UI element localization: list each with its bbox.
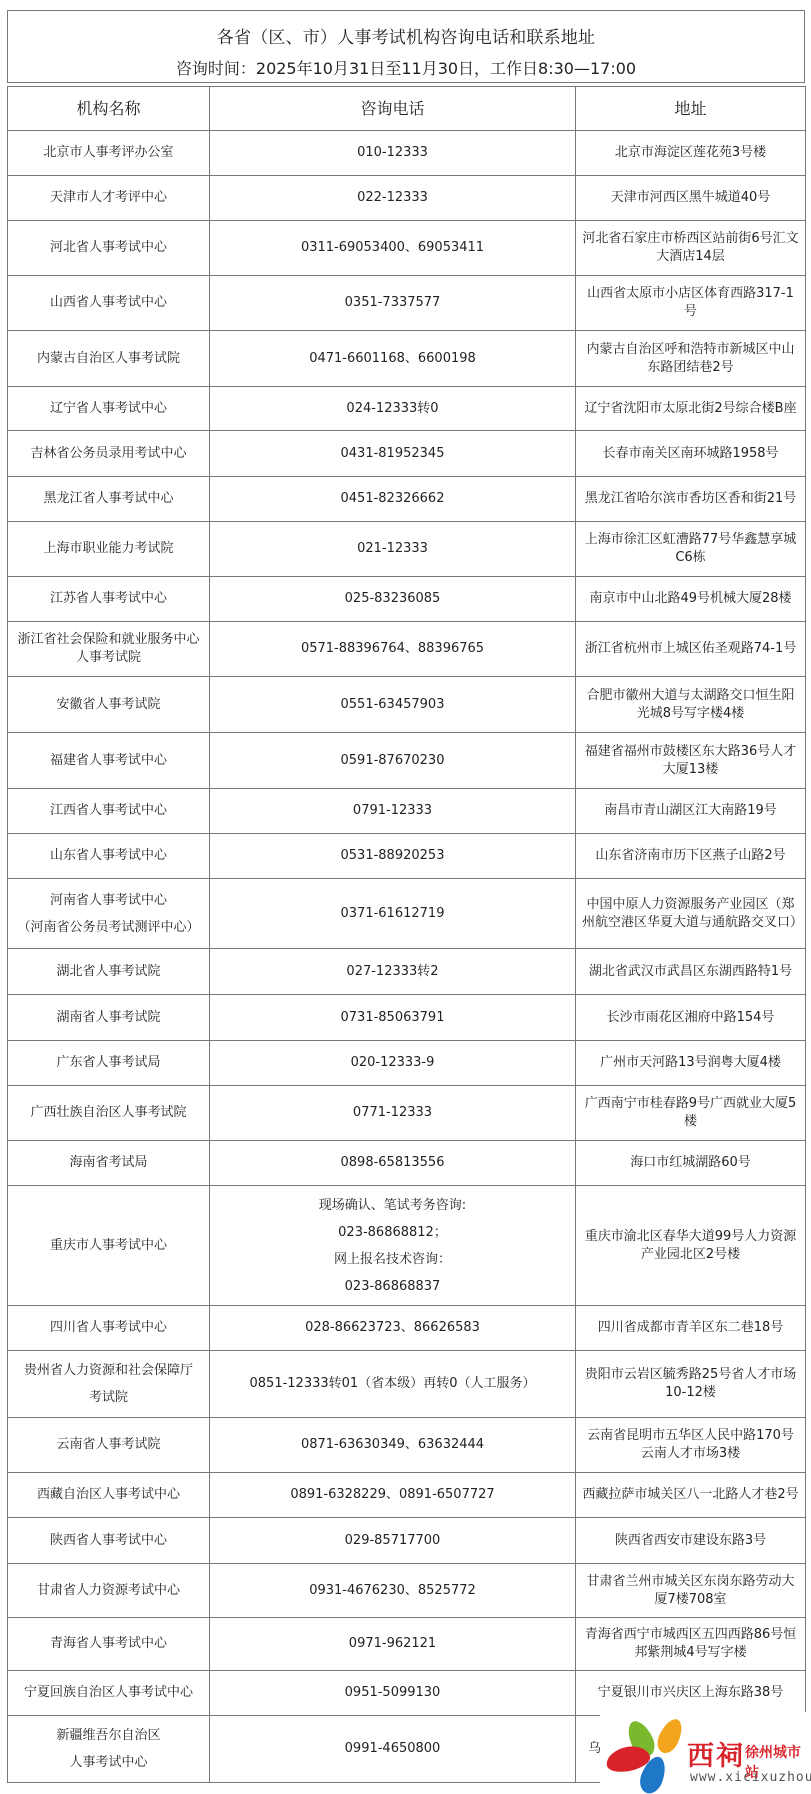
phone-number[interactable]: 0431-81952345 bbox=[216, 445, 569, 463]
address-cell: 广州市天河路13号润粤大厦4楼 bbox=[575, 1040, 806, 1085]
institution-name: 陕西省人事考试中心 bbox=[14, 1532, 203, 1550]
address: 青海省西宁市城西区五四西路86号恒邦紫荆城4号写字楼 bbox=[585, 1627, 797, 1660]
phone-cell: 0991-4650800 bbox=[209, 1715, 575, 1783]
phone-cell: 020-12333-9 bbox=[209, 1040, 575, 1085]
institution-name: 人事考试中心 bbox=[14, 1749, 203, 1776]
address-cell: 浙江省杭州市上城区佑圣观路74-1号 bbox=[575, 621, 806, 676]
institution-name-cell: 内蒙古自治区人事考试院 bbox=[7, 330, 209, 386]
institution-name: 广西壮族自治区人事考试院 bbox=[14, 1104, 203, 1122]
phone-number[interactable]: 0471-6601168、6600198 bbox=[216, 350, 569, 368]
phone-cell: 0451-82326662 bbox=[209, 476, 575, 521]
phone-cell: 0971-962121 bbox=[209, 1617, 575, 1670]
table-row: 西藏自治区人事考试中心0891-6328229、0891-6507727西藏拉萨… bbox=[7, 1472, 806, 1517]
contacts-table: 机构名称 咨询电话 地址 北京市人事考评办公室010-12333北京市海淀区莲花… bbox=[7, 86, 806, 1783]
institution-name-cell: 北京市人事考评办公室 bbox=[7, 130, 209, 175]
address-cell: 中国中原人力资源服务产业园区（郑州航空港区华夏大道与通航路交叉口） bbox=[575, 878, 806, 948]
institution-name-cell: 河北省人事考试中心 bbox=[7, 220, 209, 275]
address-cell: 黑龙江省哈尔滨市香坊区香和街21号 bbox=[575, 476, 806, 521]
table-row: 青海省人事考试中心0971-962121青海省西宁市城西区五四西路86号恒邦紫荆… bbox=[7, 1617, 806, 1670]
address-cell: 南京市中山北路49号机械大厦28楼 bbox=[575, 576, 806, 621]
address-cell: 长沙市雨花区湘府中路154号 bbox=[575, 994, 806, 1040]
institution-name-cell: 江西省人事考试中心 bbox=[7, 788, 209, 833]
table-row: 辽宁省人事考试中心024-12333转0辽宁省沈阳市太原北街2号综合楼B座 bbox=[7, 386, 806, 430]
institution-name: 山西省人事考试中心 bbox=[14, 294, 203, 312]
institution-name: 湖南省人事考试院 bbox=[14, 1009, 203, 1027]
table-row: 江苏省人事考试中心025-83236085南京市中山北路49号机械大厦28楼 bbox=[7, 576, 806, 621]
phone-number[interactable]: 021-12333 bbox=[216, 540, 569, 558]
column-header-name: 机构名称 bbox=[7, 86, 209, 130]
institution-name: 天津市人才考评中心 bbox=[14, 189, 203, 207]
institution-name: 山东省人事考试中心 bbox=[14, 847, 203, 865]
address-cell: 天津市河西区黑牛城道40号 bbox=[575, 175, 806, 220]
address: 海口市红城湖路60号 bbox=[630, 1155, 751, 1170]
address-cell: 山西省太原市小店区体育西路317-1号 bbox=[575, 275, 806, 330]
address-cell: 山东省济南市历下区燕子山路2号 bbox=[575, 833, 806, 878]
institution-name-cell: 辽宁省人事考试中心 bbox=[7, 386, 209, 430]
phone-number[interactable]: 0371-61612719 bbox=[216, 905, 569, 923]
watermark-logo: 西祠 徐州城市站 www.xicixuzhou.cn bbox=[600, 1712, 811, 1794]
institution-name: 吉林省公务员录用考试中心 bbox=[14, 445, 203, 463]
phone-number[interactable]: 0311-69053400、69053411 bbox=[216, 239, 569, 257]
address-cell: 广西南宁市桂春路9号广西就业大厦5楼 bbox=[575, 1085, 806, 1140]
table-row: 四川省人事考试中心028-86623723、86626583四川省成都市青羊区东… bbox=[7, 1305, 806, 1350]
table-row: 北京市人事考评办公室010-12333北京市海淀区莲花苑3号楼 bbox=[7, 130, 806, 175]
institution-name-cell: 西藏自治区人事考试中心 bbox=[7, 1472, 209, 1517]
address-cell: 北京市海淀区莲花苑3号楼 bbox=[575, 130, 806, 175]
phone-cell: 021-12333 bbox=[209, 521, 575, 576]
phone-cell: 0371-61612719 bbox=[209, 878, 575, 948]
institution-name-cell: 广东省人事考试局 bbox=[7, 1040, 209, 1085]
phone-number[interactable]: 029-85717700 bbox=[216, 1532, 569, 1550]
table-row: 山西省人事考试中心0351-7337577山西省太原市小店区体育西路317-1号 bbox=[7, 275, 806, 330]
phone-cell: 0871-63630349、63632444 bbox=[209, 1417, 575, 1472]
address: 重庆市渝北区春华大道99号人力资源产业园北区2号楼 bbox=[585, 1229, 797, 1262]
institution-name-cell: 福建省人事考试中心 bbox=[7, 732, 209, 788]
institution-name: 新疆维吾尔自治区 bbox=[14, 1722, 203, 1749]
address: 上海市徐汇区虹漕路77号华鑫慧享城C6栋 bbox=[585, 532, 797, 565]
phone-number[interactable]: 0971-962121 bbox=[216, 1635, 569, 1653]
institution-name: 上海市职业能力考试院 bbox=[14, 540, 203, 558]
institution-name-cell: 青海省人事考试中心 bbox=[7, 1617, 209, 1670]
phone-cell: 0891-6328229、0891-6507727 bbox=[209, 1472, 575, 1517]
institution-name-cell: 天津市人才考评中心 bbox=[7, 175, 209, 220]
phone-cell: 现场确认、笔试考务咨询:023-86868812；网上报名技术咨询：023-86… bbox=[209, 1185, 575, 1305]
table-row: 海南省考试局0898-65813556海口市红城湖路60号 bbox=[7, 1140, 806, 1185]
address: 山西省太原市小店区体育西路317-1号 bbox=[587, 286, 794, 319]
phone-cell: 0771-12333 bbox=[209, 1085, 575, 1140]
institution-name: 云南省人事考试院 bbox=[14, 1436, 203, 1454]
phone-number[interactable]: 025-83236085 bbox=[216, 590, 569, 608]
table-row: 上海市职业能力考试院021-12333上海市徐汇区虹漕路77号华鑫慧享城C6栋 bbox=[7, 521, 806, 576]
institution-name-cell: 黑龙江省人事考试中心 bbox=[7, 476, 209, 521]
phone-cell: 027-12333转2 bbox=[209, 948, 575, 994]
institution-name: 人事考试院 bbox=[14, 649, 203, 667]
institution-name: 福建省人事考试中心 bbox=[14, 752, 203, 770]
address-cell: 重庆市渝北区春华大道99号人力资源产业园北区2号楼 bbox=[575, 1185, 806, 1305]
phone-number[interactable]: 0931-4676230、8525772 bbox=[216, 1582, 569, 1600]
phone-number[interactable]: 0571-88396764、88396765 bbox=[216, 640, 569, 658]
address: 合肥市徽州大道与太湖路交口恒生阳光城8号写字楼4楼 bbox=[586, 688, 794, 721]
address: 南京市中山北路49号机械大厦28楼 bbox=[589, 591, 791, 606]
address: 贵阳市云岩区毓秀路25号省人才市场10-12楼 bbox=[585, 1367, 797, 1400]
phone-number[interactable]: 023-86868837 bbox=[216, 1273, 569, 1300]
phone-number[interactable]: 022-12333 bbox=[216, 189, 569, 207]
phone-number[interactable]: 010-12333 bbox=[216, 144, 569, 162]
address-cell: 长春市南关区南环城路1958号 bbox=[575, 430, 806, 476]
phone-cell: 0351-7337577 bbox=[209, 275, 575, 330]
phone-number[interactable]: 0591-87670230 bbox=[216, 752, 569, 770]
address-cell: 甘肃省兰州市城关区东岗东路劳动大厦7楼708室 bbox=[575, 1563, 806, 1617]
address-cell: 贵阳市云岩区毓秀路25号省人才市场10-12楼 bbox=[575, 1350, 806, 1417]
institution-name: 安徽省人事考试院 bbox=[14, 696, 203, 714]
address-cell: 西藏拉萨市城关区八一北路人才巷2号 bbox=[575, 1472, 806, 1517]
watermark-brand: 西祠 bbox=[687, 1734, 745, 1773]
phone-number[interactable]: 0891-6328229、0891-6507727 bbox=[216, 1486, 569, 1504]
phone-cell: 024-12333转0 bbox=[209, 386, 575, 430]
phone-number[interactable]: 0851-12333转01（省本级）再转0（人工服务） bbox=[216, 1375, 569, 1393]
phone-cell: 010-12333 bbox=[209, 130, 575, 175]
table-row: 云南省人事考试院0871-63630349、63632444云南省昆明市五华区人… bbox=[7, 1417, 806, 1472]
address: 山东省济南市历下区燕子山路2号 bbox=[595, 848, 785, 863]
institution-name-cell: 四川省人事考试中心 bbox=[7, 1305, 209, 1350]
table-row: 浙江省社会保险和就业服务中心人事考试院0571-88396764、8839676… bbox=[7, 621, 806, 676]
institution-name-cell: 湖南省人事考试院 bbox=[7, 994, 209, 1040]
institution-name: 贵州省人力资源和社会保障厅 bbox=[14, 1357, 203, 1384]
institution-name: 考试院 bbox=[14, 1384, 203, 1411]
institution-name: 重庆市人事考试中心 bbox=[14, 1237, 203, 1255]
phone-number[interactable]: 027-12333转2 bbox=[216, 963, 569, 981]
institution-name-cell: 上海市职业能力考试院 bbox=[7, 521, 209, 576]
institution-name-cell: 湖北省人事考试院 bbox=[7, 948, 209, 994]
phone-cell: 0951-5099130 bbox=[209, 1670, 575, 1715]
table-row: 内蒙古自治区人事考试院0471-6601168、6600198内蒙古自治区呼和浩… bbox=[7, 330, 806, 386]
address-cell: 南昌市青山湖区江大南路19号 bbox=[575, 788, 806, 833]
institution-name-cell: 贵州省人力资源和社会保障厅考试院 bbox=[7, 1350, 209, 1417]
phone-cell: 0731-85063791 bbox=[209, 994, 575, 1040]
table-row: 宁夏回族自治区人事考试中心0951-5099130宁夏银川市兴庆区上海东路38号 bbox=[7, 1670, 806, 1715]
phone-number[interactable]: 0451-82326662 bbox=[216, 490, 569, 508]
table-row: 江西省人事考试中心0791-12333南昌市青山湖区江大南路19号 bbox=[7, 788, 806, 833]
address: 西藏拉萨市城关区八一北路人才巷2号 bbox=[582, 1487, 798, 1502]
address: 河北省石家庄市桥西区站前街6号汇文大酒店14层 bbox=[582, 231, 798, 264]
institution-name: （河南省公务员考试测评中心） bbox=[14, 914, 203, 941]
column-header-phone: 咨询电话 bbox=[209, 86, 575, 130]
address-cell: 青海省西宁市城西区五四西路86号恒邦紫荆城4号写字楼 bbox=[575, 1617, 806, 1670]
address: 长春市南关区南环城路1958号 bbox=[602, 446, 778, 461]
phone-number[interactable]: 0351-7337577 bbox=[216, 294, 569, 312]
institution-name: 青海省人事考试中心 bbox=[14, 1635, 203, 1653]
institution-name: 西藏自治区人事考试中心 bbox=[14, 1486, 203, 1504]
phone-cell: 025-83236085 bbox=[209, 576, 575, 621]
phone-number[interactable]: 0871-63630349、63632444 bbox=[216, 1436, 569, 1454]
institution-name: 四川省人事考试中心 bbox=[14, 1319, 203, 1337]
phone-cell: 0931-4676230、8525772 bbox=[209, 1563, 575, 1617]
institution-name-cell: 广西壮族自治区人事考试院 bbox=[7, 1085, 209, 1140]
phone-number[interactable]: 0731-85063791 bbox=[216, 1009, 569, 1027]
institution-name-cell: 宁夏回族自治区人事考试中心 bbox=[7, 1670, 209, 1715]
address: 广西南宁市桂春路9号广西就业大厦5楼 bbox=[585, 1096, 797, 1129]
address-cell: 河北省石家庄市桥西区站前街6号汇文大酒店14层 bbox=[575, 220, 806, 275]
phone-number[interactable]: 现场确认、笔试考务咨询: bbox=[216, 1192, 569, 1219]
address: 北京市海淀区莲花苑3号楼 bbox=[615, 145, 766, 160]
watermark-url: www.xicixuzhou.cn bbox=[690, 1770, 811, 1785]
table-row: 陕西省人事考试中心029-85717700陕西省西安市建设东路3号 bbox=[7, 1517, 806, 1563]
institution-name: 河南省人事考试中心 bbox=[14, 887, 203, 914]
address: 辽宁省沈阳市太原北街2号综合楼B座 bbox=[584, 401, 796, 416]
institution-name: 内蒙古自治区人事考试院 bbox=[14, 350, 203, 368]
institution-name: 河北省人事考试中心 bbox=[14, 239, 203, 257]
institution-name: 甘肃省人力资源考试中心 bbox=[14, 1582, 203, 1600]
address: 中国中原人力资源服务产业园区（郑州航空港区华夏大道与通航路交叉口） bbox=[582, 897, 803, 930]
institution-name: 湖北省人事考试院 bbox=[14, 963, 203, 981]
address: 内蒙古自治区呼和浩特市新城区中山东路团结巷2号 bbox=[586, 342, 794, 375]
address-cell: 合肥市徽州大道与太湖路交口恒生阳光城8号写字楼4楼 bbox=[575, 676, 806, 732]
table-row: 重庆市人事考试中心现场确认、笔试考务咨询:023-86868812；网上报名技术… bbox=[7, 1185, 806, 1305]
phone-cell: 029-85717700 bbox=[209, 1517, 575, 1563]
address-cell: 湖北省武汉市武昌区东湖西路特1号 bbox=[575, 948, 806, 994]
address-cell: 福建省福州市鼓楼区东大路36号人才大厦13楼 bbox=[575, 732, 806, 788]
address-cell: 海口市红城湖路60号 bbox=[575, 1140, 806, 1185]
logo-petal-orange-icon bbox=[653, 1715, 686, 1756]
table-row: 河北省人事考试中心0311-69053400、69053411河北省石家庄市桥西… bbox=[7, 220, 806, 275]
phone-cell: 028-86623723、86626583 bbox=[209, 1305, 575, 1350]
phone-cell: 0571-88396764、88396765 bbox=[209, 621, 575, 676]
institution-name: 黑龙江省人事考试中心 bbox=[14, 490, 203, 508]
address: 南昌市青山湖区江大南路19号 bbox=[604, 803, 777, 818]
phone-number[interactable]: 0951-5099130 bbox=[216, 1684, 569, 1702]
institution-name-cell: 甘肃省人力资源考试中心 bbox=[7, 1563, 209, 1617]
institution-name: 浙江省社会保险和就业服务中心 bbox=[14, 631, 203, 649]
phone-cell: 0431-81952345 bbox=[209, 430, 575, 476]
table-row: 福建省人事考试中心0591-87670230福建省福州市鼓楼区东大路36号人才大… bbox=[7, 732, 806, 788]
phone-number[interactable]: 020-12333-9 bbox=[216, 1054, 569, 1072]
phone-cell: 0898-65813556 bbox=[209, 1140, 575, 1185]
table-row: 贵州省人力资源和社会保障厅考试院0851-12333转01（省本级）再转0（人工… bbox=[7, 1350, 806, 1417]
phone-cell: 0791-12333 bbox=[209, 788, 575, 833]
address: 长沙市雨花区湘府中路154号 bbox=[607, 1010, 775, 1025]
address: 湖北省武汉市武昌区东湖西路特1号 bbox=[589, 964, 792, 979]
phone-cell: 0531-88920253 bbox=[209, 833, 575, 878]
table-header-row: 机构名称 咨询电话 地址 bbox=[7, 86, 806, 130]
phone-cell: 0591-87670230 bbox=[209, 732, 575, 788]
table-row: 甘肃省人力资源考试中心0931-4676230、8525772甘肃省兰州市城关区… bbox=[7, 1563, 806, 1617]
page-title: 各省（区、市）人事考试机构咨询电话和联系地址 bbox=[8, 23, 804, 48]
institution-name-cell: 安徽省人事考试院 bbox=[7, 676, 209, 732]
table-row: 湖北省人事考试院027-12333转2湖北省武汉市武昌区东湖西路特1号 bbox=[7, 948, 806, 994]
institution-name-cell: 河南省人事考试中心（河南省公务员考试测评中心） bbox=[7, 878, 209, 948]
address-cell: 宁夏银川市兴庆区上海东路38号 bbox=[575, 1670, 806, 1715]
institution-name-cell: 海南省考试局 bbox=[7, 1140, 209, 1185]
column-header-address: 地址 bbox=[575, 86, 806, 130]
institution-name-cell: 江苏省人事考试中心 bbox=[7, 576, 209, 621]
institution-name: 广东省人事考试局 bbox=[14, 1054, 203, 1072]
address: 黑龙江省哈尔滨市香坊区香和街21号 bbox=[585, 491, 797, 506]
phone-number[interactable]: 0551-63457903 bbox=[216, 696, 569, 714]
phone-cell: 0311-69053400、69053411 bbox=[209, 220, 575, 275]
address: 云南省昆明市五华区人民中路170号云南人才市场3楼 bbox=[587, 1428, 794, 1461]
institution-name-cell: 云南省人事考试院 bbox=[7, 1417, 209, 1472]
table-row: 吉林省公务员录用考试中心0431-81952345长春市南关区南环城路1958号 bbox=[7, 430, 806, 476]
phone-number[interactable]: 网上报名技术咨询： bbox=[216, 1246, 569, 1273]
address-cell: 四川省成都市青羊区东二巷18号 bbox=[575, 1305, 806, 1350]
address: 甘肃省兰州市城关区东岗东路劳动大厦7楼708室 bbox=[586, 1574, 794, 1607]
phone-cell: 0851-12333转01（省本级）再转0（人工服务） bbox=[209, 1350, 575, 1417]
institution-name: 宁夏回族自治区人事考试中心 bbox=[14, 1684, 203, 1702]
table-row: 广东省人事考试局020-12333-9广州市天河路13号润粤大厦4楼 bbox=[7, 1040, 806, 1085]
address: 广州市天河路13号润粤大厦4楼 bbox=[600, 1055, 781, 1070]
table-row: 黑龙江省人事考试中心0451-82326662黑龙江省哈尔滨市香坊区香和街21号 bbox=[7, 476, 806, 521]
institution-name-cell: 山西省人事考试中心 bbox=[7, 275, 209, 330]
phone-number[interactable]: 0791-12333 bbox=[216, 802, 569, 820]
institution-name: 北京市人事考评办公室 bbox=[14, 144, 203, 162]
institution-name-cell: 山东省人事考试中心 bbox=[7, 833, 209, 878]
address: 宁夏银川市兴庆区上海东路38号 bbox=[598, 1685, 784, 1700]
institution-name-cell: 新疆维吾尔自治区人事考试中心 bbox=[7, 1715, 209, 1783]
institution-name-cell: 吉林省公务员录用考试中心 bbox=[7, 430, 209, 476]
phone-number[interactable]: 0771-12333 bbox=[216, 1104, 569, 1122]
institution-name: 江西省人事考试中心 bbox=[14, 802, 203, 820]
address: 陕西省西安市建设东路3号 bbox=[615, 1533, 766, 1548]
table-row: 山东省人事考试中心0531-88920253山东省济南市历下区燕子山路2号 bbox=[7, 833, 806, 878]
address: 福建省福州市鼓楼区东大路36号人才大厦13楼 bbox=[585, 744, 797, 777]
table-row: 天津市人才考评中心022-12333天津市河西区黑牛城道40号 bbox=[7, 175, 806, 220]
institution-name-cell: 重庆市人事考试中心 bbox=[7, 1185, 209, 1305]
institution-name: 海南省考试局 bbox=[14, 1154, 203, 1172]
table-title-box: 各省（区、市）人事考试机构咨询电话和联系地址 咨询时间：2025年10月31日至… bbox=[7, 10, 805, 83]
address-cell: 辽宁省沈阳市太原北街2号综合楼B座 bbox=[575, 386, 806, 430]
address-cell: 陕西省西安市建设东路3号 bbox=[575, 1517, 806, 1563]
institution-name: 辽宁省人事考试中心 bbox=[14, 400, 203, 418]
phone-number[interactable]: 0531-88920253 bbox=[216, 847, 569, 865]
address-cell: 内蒙古自治区呼和浩特市新城区中山东路团结巷2号 bbox=[575, 330, 806, 386]
phone-number[interactable]: 0898-65813556 bbox=[216, 1154, 569, 1172]
phone-cell: 0471-6601168、6600198 bbox=[209, 330, 575, 386]
address-cell: 上海市徐汇区虹漕路77号华鑫慧享城C6栋 bbox=[575, 521, 806, 576]
table-row: 广西壮族自治区人事考试院0771-12333广西南宁市桂春路9号广西就业大厦5楼 bbox=[7, 1085, 806, 1140]
table-row: 安徽省人事考试院0551-63457903合肥市徽州大道与太湖路交口恒生阳光城8… bbox=[7, 676, 806, 732]
institution-name: 江苏省人事考试中心 bbox=[14, 590, 203, 608]
phone-cell: 0551-63457903 bbox=[209, 676, 575, 732]
address: 天津市河西区黑牛城道40号 bbox=[611, 190, 771, 205]
institution-name-cell: 陕西省人事考试中心 bbox=[7, 1517, 209, 1563]
table-row: 河南省人事考试中心（河南省公务员考试测评中心）0371-61612719中国中原… bbox=[7, 878, 806, 948]
consultation-hours: 咨询时间：2025年10月31日至11月30日，工作日8:30—17:00 bbox=[8, 56, 804, 79]
phone-number[interactable]: 023-86868812； bbox=[216, 1219, 569, 1246]
phone-number[interactable]: 0991-4650800 bbox=[216, 1740, 569, 1758]
phone-number[interactable]: 024-12333转0 bbox=[216, 400, 569, 418]
phone-cell: 022-12333 bbox=[209, 175, 575, 220]
institution-name-cell: 浙江省社会保险和就业服务中心人事考试院 bbox=[7, 621, 209, 676]
table-row: 湖南省人事考试院0731-85063791长沙市雨花区湘府中路154号 bbox=[7, 994, 806, 1040]
address: 浙江省杭州市上城区佑圣观路74-1号 bbox=[585, 641, 797, 656]
phone-number[interactable]: 028-86623723、86626583 bbox=[216, 1319, 569, 1337]
address-cell: 云南省昆明市五华区人民中路170号云南人才市场3楼 bbox=[575, 1417, 806, 1472]
address: 四川省成都市青羊区东二巷18号 bbox=[598, 1320, 784, 1335]
